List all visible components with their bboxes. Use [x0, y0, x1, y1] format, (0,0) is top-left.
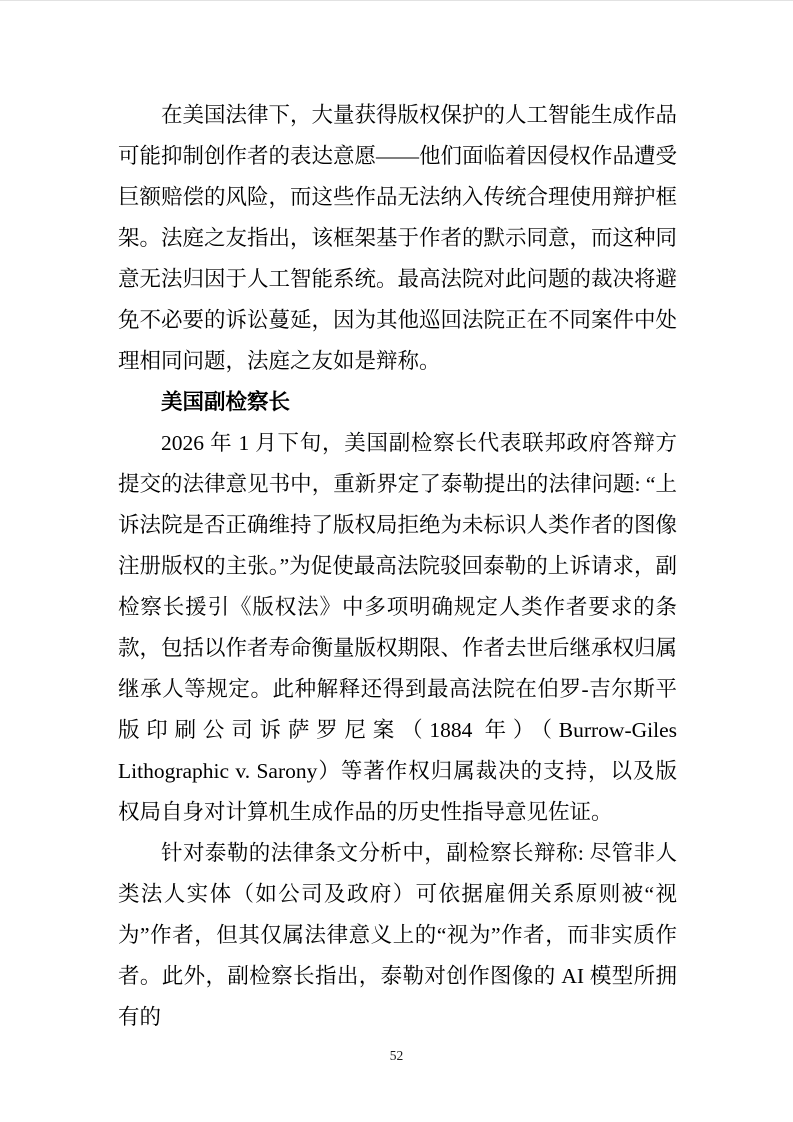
paragraph-statutory-analysis: 针对泰勒的法律条文分析中，副检察长辩称: 尽管非人类法人实体（如公司及政府）可依… — [118, 833, 677, 1038]
page-body: 在美国法律下，大量获得版权保护的人工智能生成作品可能抑制创作者的表达意愿——他们… — [118, 95, 677, 1038]
paragraph-amicus-argument: 在美国法律下，大量获得版权保护的人工智能生成作品可能抑制创作者的表达意愿——他们… — [118, 95, 677, 382]
document-page: 在美国法律下，大量获得版权保护的人工智能生成作品可能抑制创作者的表达意愿——他们… — [0, 0, 793, 1122]
paragraph-solicitor-general-brief: 2026 年 1 月下旬，美国副检察长代表联邦政府答辩方提交的法律意见书中，重新… — [118, 423, 677, 833]
page-number: 52 — [0, 1047, 793, 1065]
section-heading-solicitor-general: 美国副检察长 — [118, 382, 677, 423]
